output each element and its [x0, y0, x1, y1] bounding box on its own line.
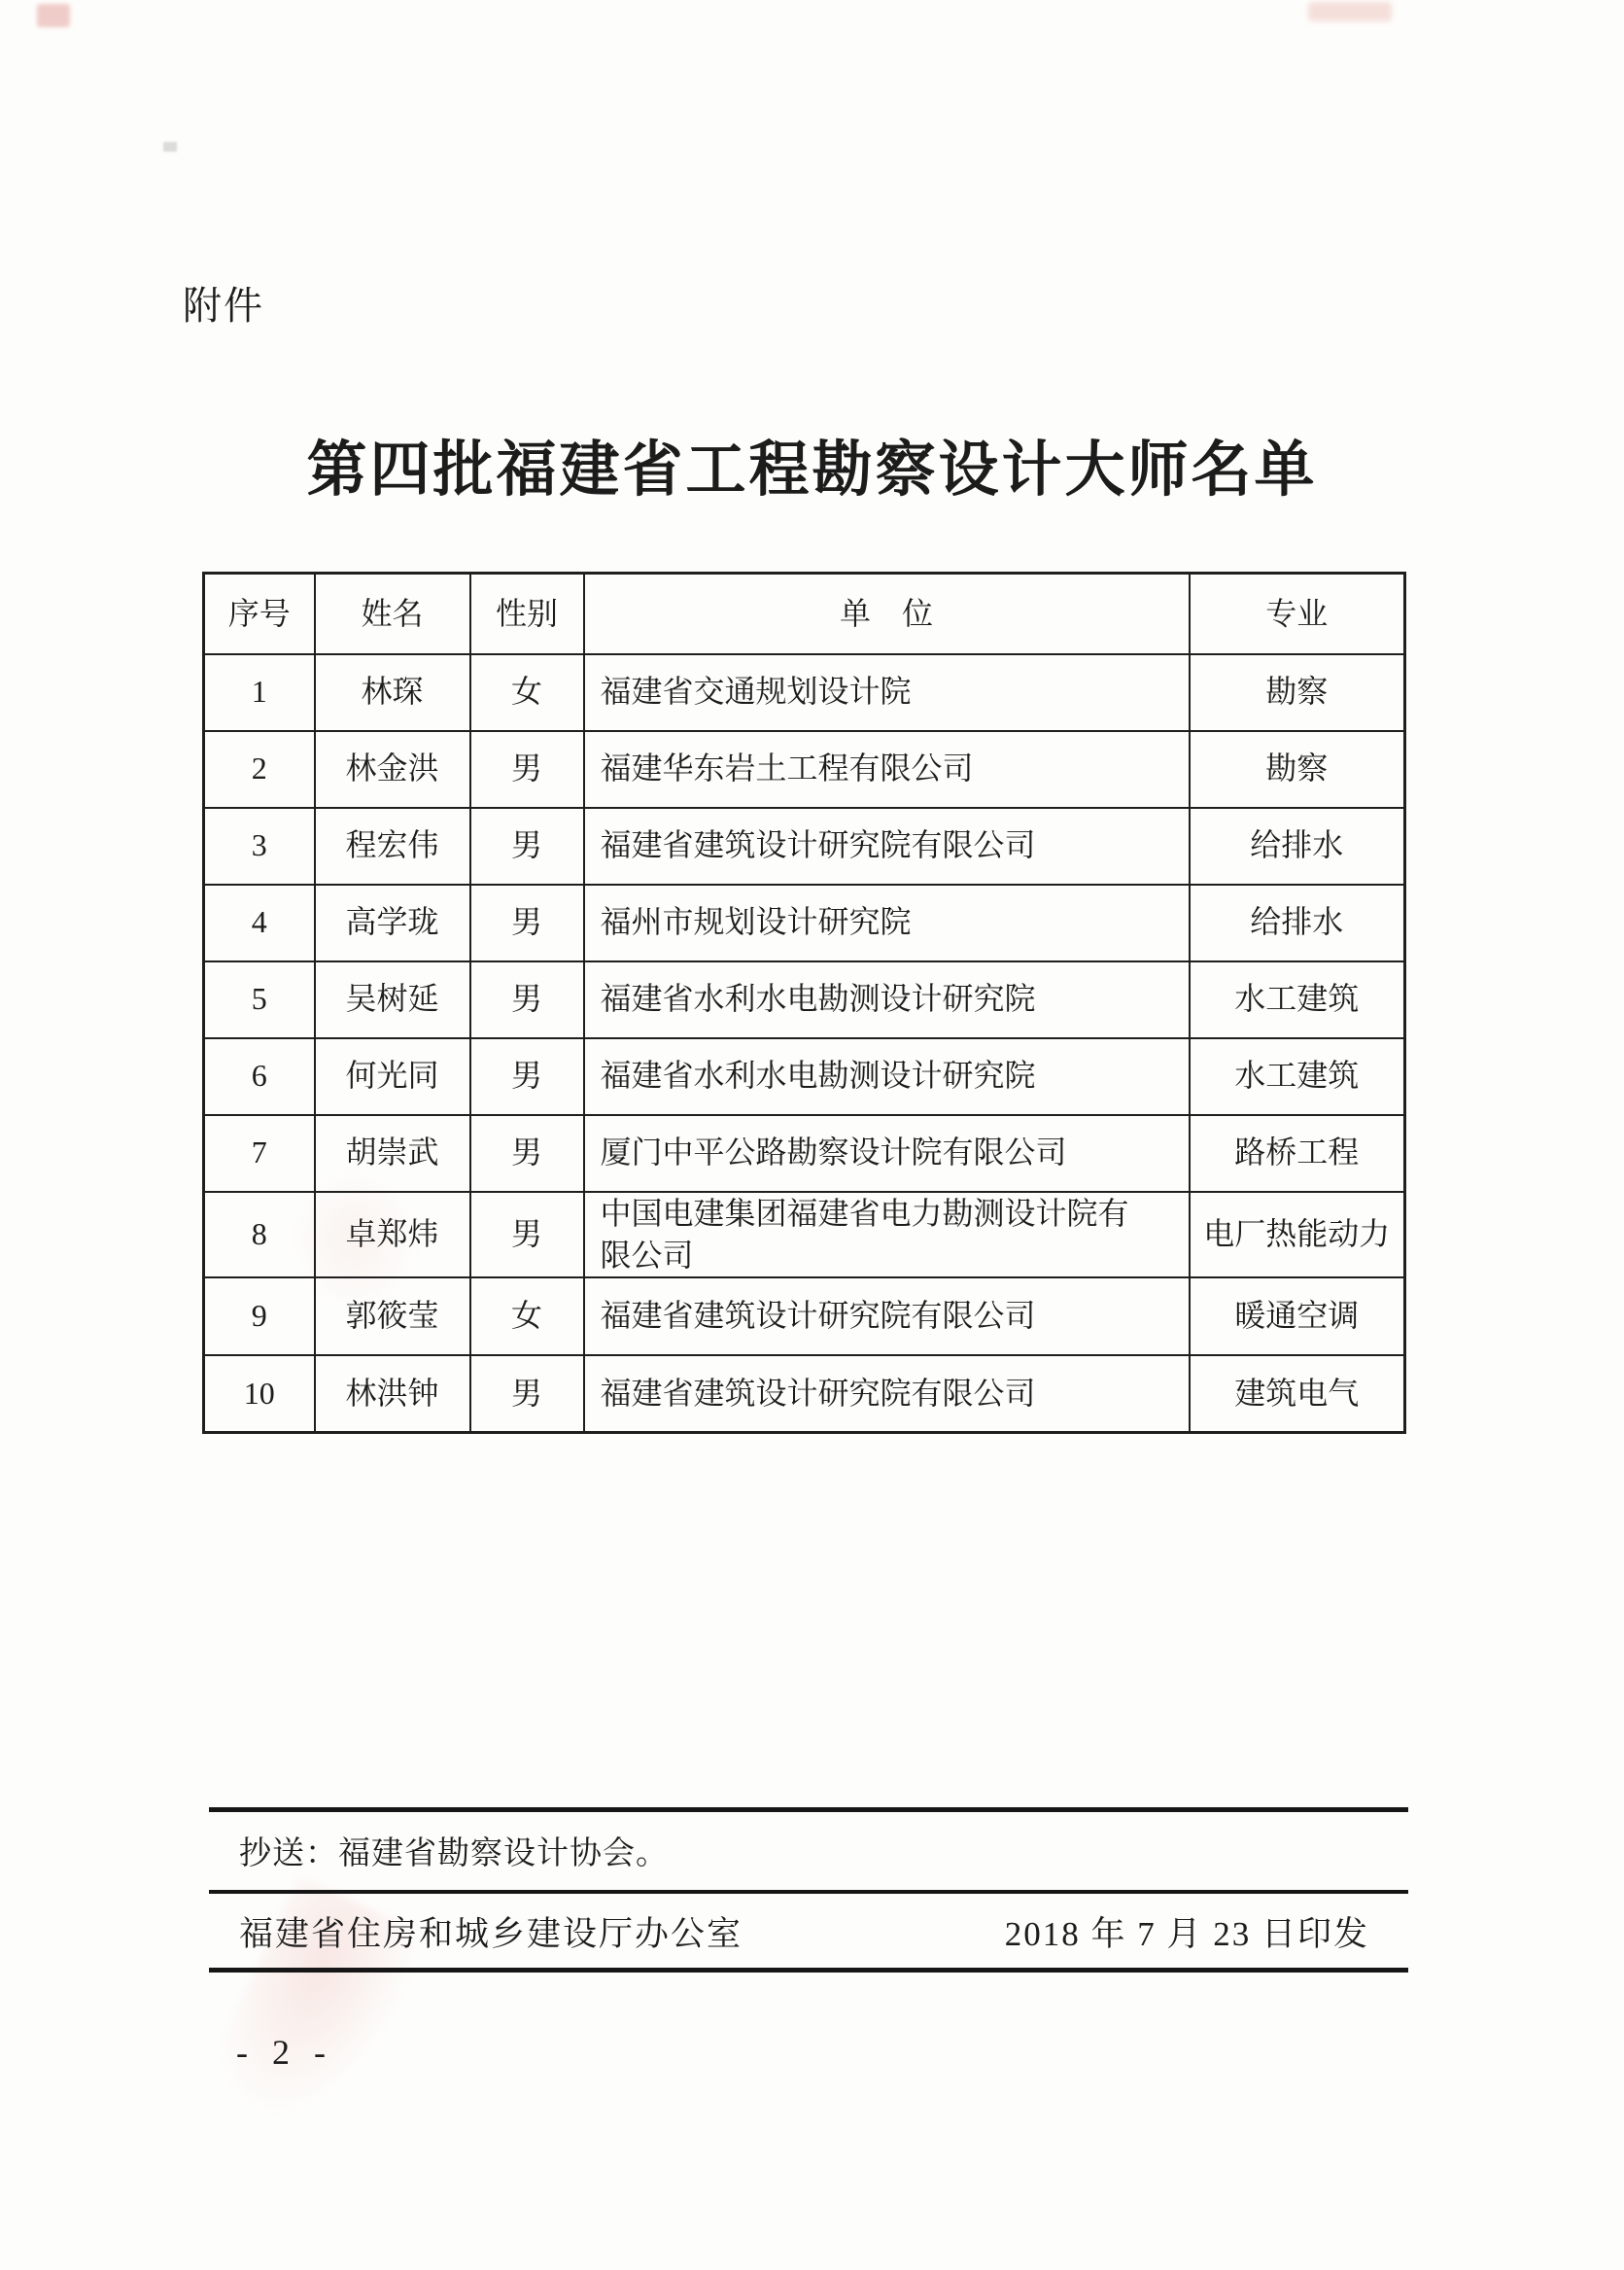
cell-unit: 福建省水利水电勘测设计研究院 [584, 1038, 1190, 1115]
cell-gender: 男 [470, 961, 584, 1038]
cell-unit: 福建省建筑设计研究院有限公司 [584, 1355, 1190, 1433]
cell-name: 林金洪 [315, 731, 470, 808]
scan-artifact-speck [163, 142, 177, 152]
cell-unit: 福建省建筑设计研究院有限公司 [584, 808, 1190, 885]
cell-unit: 中国电建集团福建省电力勘测设计院有限公司 [584, 1192, 1190, 1277]
scan-artifact-red-mark [1308, 2, 1392, 21]
cell-unit: 福州市规划设计研究院 [584, 885, 1190, 961]
cell-specialty: 电厂热能动力 [1190, 1192, 1405, 1277]
page-number: - 2 - [236, 2032, 333, 2073]
cell-no: 8 [204, 1192, 315, 1277]
cell-no: 1 [204, 654, 315, 731]
cell-unit: 厦门中平公路勘察设计院有限公司 [584, 1115, 1190, 1192]
cell-gender: 男 [470, 731, 584, 808]
cell-unit: 福建省水利水电勘测设计研究院 [584, 961, 1190, 1038]
cell-specialty: 给排水 [1190, 808, 1405, 885]
cell-unit: 福建省建筑设计研究院有限公司 [584, 1277, 1190, 1355]
cell-name: 胡崇武 [315, 1115, 470, 1192]
table-row: 3 程宏伟 男 福建省建筑设计研究院有限公司 给排水 [204, 808, 1405, 885]
table-row: 2 林金洪 男 福建华东岩土工程有限公司 勘察 [204, 731, 1405, 808]
cell-specialty: 勘察 [1190, 731, 1405, 808]
document-title: 第四批福建省工程勘察设计大师名单 [0, 421, 1624, 507]
cell-specialty: 给排水 [1190, 885, 1405, 961]
column-header-name: 姓名 [315, 574, 470, 654]
table-row: 6 何光同 男 福建省水利水电勘测设计研究院 水工建筑 [204, 1038, 1405, 1115]
cell-no: 3 [204, 808, 315, 885]
table-row: 7 胡崇武 男 厦门中平公路勘察设计院有限公司 路桥工程 [204, 1115, 1405, 1192]
footer-divider-top [209, 1807, 1408, 1812]
attachment-label: 附件 [183, 275, 264, 331]
cell-gender: 男 [470, 1038, 584, 1115]
issue-date: 2018 年 7 月 23 日印发 [1005, 1907, 1369, 1956]
issue-line: 福建省住房和城乡建设厅办公室 2018 年 7 月 23 日印发 [209, 1907, 1408, 1956]
cell-name: 吴树延 [315, 961, 470, 1038]
cell-name: 何光同 [315, 1038, 470, 1115]
cell-no: 5 [204, 961, 315, 1038]
cell-no: 6 [204, 1038, 315, 1115]
table-header-row: 序号 姓名 性别 单 位 专业 [204, 574, 1405, 654]
scan-artifact-red-mark [37, 4, 70, 27]
cell-gender: 女 [470, 654, 584, 731]
cell-no: 2 [204, 731, 315, 808]
scanned-document-page: 附件 第四批福建省工程勘察设计大师名单 序号 姓名 性别 单 位 专业 1 林琛… [0, 0, 1624, 2270]
table-row: 5 吴树延 男 福建省水利水电勘测设计研究院 水工建筑 [204, 961, 1405, 1038]
cell-specialty: 路桥工程 [1190, 1115, 1405, 1192]
cell-gender: 男 [470, 885, 584, 961]
cell-specialty: 水工建筑 [1190, 1038, 1405, 1115]
cell-gender: 男 [470, 1192, 584, 1277]
cell-specialty: 水工建筑 [1190, 961, 1405, 1038]
cell-name: 卓郑炜 [315, 1192, 470, 1277]
cell-no: 7 [204, 1115, 315, 1192]
cell-unit: 福建省交通规划设计院 [584, 654, 1190, 731]
cell-no: 10 [204, 1355, 315, 1433]
cell-name: 高学珑 [315, 885, 470, 961]
table-row: 4 高学珑 男 福州市规划设计研究院 给排水 [204, 885, 1405, 961]
cell-no: 4 [204, 885, 315, 961]
issuer-office: 福建省住房和城乡建设厅办公室 [239, 1907, 743, 1956]
footer-divider-bottom [209, 1968, 1408, 1973]
cell-name: 林琛 [315, 654, 470, 731]
column-header-no: 序号 [204, 574, 315, 654]
cc-line: 抄送：福建省勘察设计协会。 [239, 1828, 669, 1873]
cell-no: 9 [204, 1277, 315, 1355]
column-header-gender: 性别 [470, 574, 584, 654]
cell-name: 程宏伟 [315, 808, 470, 885]
column-header-specialty: 专业 [1190, 574, 1405, 654]
footer-divider-middle [209, 1890, 1408, 1894]
cell-specialty: 建筑电气 [1190, 1355, 1405, 1433]
cell-unit: 福建华东岩土工程有限公司 [584, 731, 1190, 808]
table-row: 9 郭筱莹 女 福建省建筑设计研究院有限公司 暖通空调 [204, 1277, 1405, 1355]
cell-name: 郭筱莹 [315, 1277, 470, 1355]
cell-specialty: 勘察 [1190, 654, 1405, 731]
table-row: 1 林琛 女 福建省交通规划设计院 勘察 [204, 654, 1405, 731]
cell-name: 林洪钟 [315, 1355, 470, 1433]
cell-specialty: 暖通空调 [1190, 1277, 1405, 1355]
column-header-unit: 单 位 [584, 574, 1190, 654]
cell-gender: 男 [470, 1115, 584, 1192]
cell-gender: 女 [470, 1277, 584, 1355]
table-row: 8 卓郑炜 男 中国电建集团福建省电力勘测设计院有限公司 电厂热能动力 [204, 1192, 1405, 1277]
cell-gender: 男 [470, 1355, 584, 1433]
table-row: 10 林洪钟 男 福建省建筑设计研究院有限公司 建筑电气 [204, 1355, 1405, 1433]
masters-list-table: 序号 姓名 性别 单 位 专业 1 林琛 女 福建省交通规划设计院 勘察 2 林… [202, 572, 1406, 1434]
cell-gender: 男 [470, 808, 584, 885]
